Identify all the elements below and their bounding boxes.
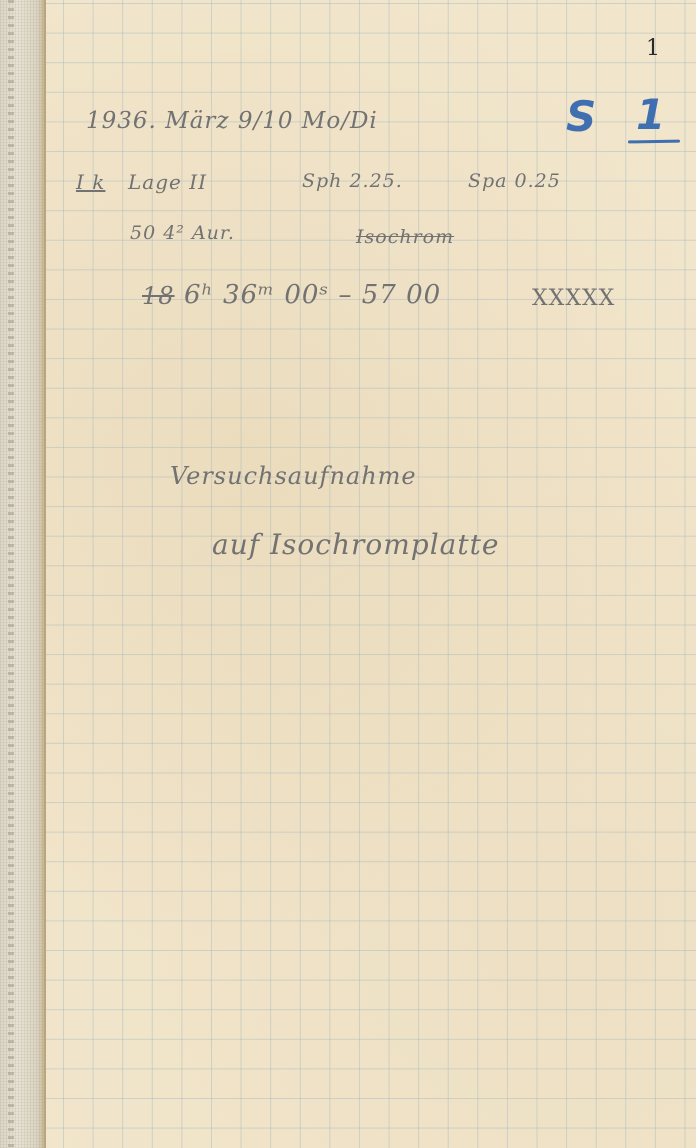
notebook-binding (0, 0, 46, 1148)
entry-instrument-prefix: I k (76, 170, 105, 194)
entry-time-struck-prefix: 18 (142, 282, 175, 310)
binding-stitch (8, 0, 14, 1148)
entry-date: 1936. März 9/10 Mo/Di (86, 108, 378, 134)
entry-object: 50 4² Aur. (130, 222, 235, 244)
entry-spa-value: Spa 0.25 (468, 170, 561, 192)
entry-instrument-position: Lage II (128, 170, 207, 194)
archive-mark-number: 1 (636, 90, 665, 139)
entry-time-marks: XXXXX (532, 286, 615, 311)
printed-page-number: 1 (646, 36, 660, 61)
entry-object-struck: Isochrom (356, 226, 454, 248)
entry-time: 6ʰ 36ᵐ 00ˢ – 57 00 (184, 280, 441, 310)
note-versuchsaufnahme: Versuchsaufnahme (170, 462, 417, 490)
archive-mark-letter: S (566, 92, 596, 141)
entry-sph-value: Sph 2.25. (302, 170, 403, 192)
note-isochromplatte: auf Isochromplatte (212, 528, 499, 561)
